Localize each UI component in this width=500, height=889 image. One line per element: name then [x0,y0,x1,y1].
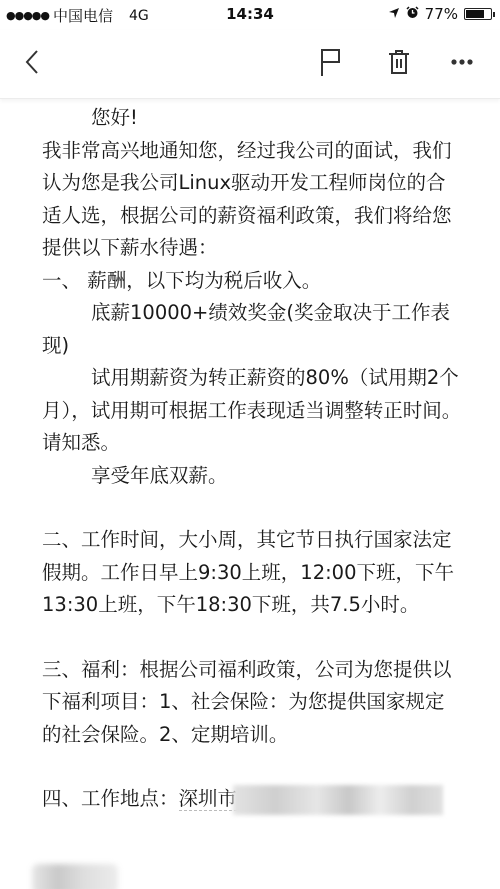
alarm-clock-icon [406,5,419,23]
location-address-link[interactable]: 深圳市 [179,787,238,811]
back-button[interactable] [14,44,50,80]
section-salary-title: 一、 薪酬，以下均为税后收入。 [42,265,462,298]
battery-icon [464,8,492,20]
delete-button[interactable] [381,44,417,80]
intro-paragraph: 我非常高兴地通知您，经过我公司的面试，我们认为您是我公司Linux驱动开发工程师… [42,135,462,265]
battery-nub [493,12,495,17]
more-button[interactable] [444,44,480,80]
chevron-left-icon [23,48,41,76]
flag-icon [319,47,343,77]
battery-percent: 77% [425,5,458,23]
spacer [42,751,462,783]
battery-fill [466,10,484,18]
greeting: 您好! [42,102,462,135]
salary-bonus: 享受年底双薪。 [42,460,462,493]
email-toolbar [0,30,500,99]
more-horizontal-icon [450,58,474,66]
redacted-address [233,785,443,815]
status-bar: ●●●●● 中国电信 4G 14:34 77% [0,0,500,30]
salary-base: 底薪10000+绩效奖金(奖金取决于工作表现) [42,297,462,362]
status-right: 77% [388,5,492,23]
location-label: 四、工作地点： [42,787,179,810]
email-body: 您好! 我非常高兴地通知您，经过我公司的面试，我们认为您是我公司Linux驱动开… [42,102,462,816]
section-location: 四、工作地点：深圳市 [42,783,462,816]
spacer [42,492,462,524]
spacer [42,622,462,654]
redacted-text [32,864,118,889]
flag-button[interactable] [313,44,349,80]
section-work-hours: 二、工作时间，大小周，其它节日执行国家法定假期。工作日早上9:30上班，12:0… [42,524,462,622]
trash-icon [387,48,411,76]
location-arrow-icon [388,5,400,23]
section-benefits: 三、福利：根据公司福利政策，公司为您提供以下福利项目：1、社会保险：为您提供国家… [42,654,462,752]
salary-probation: 试用期薪资为转正薪资的80%（试用期2个月），试用期可根据工作表现适当调整转正时… [42,362,462,460]
